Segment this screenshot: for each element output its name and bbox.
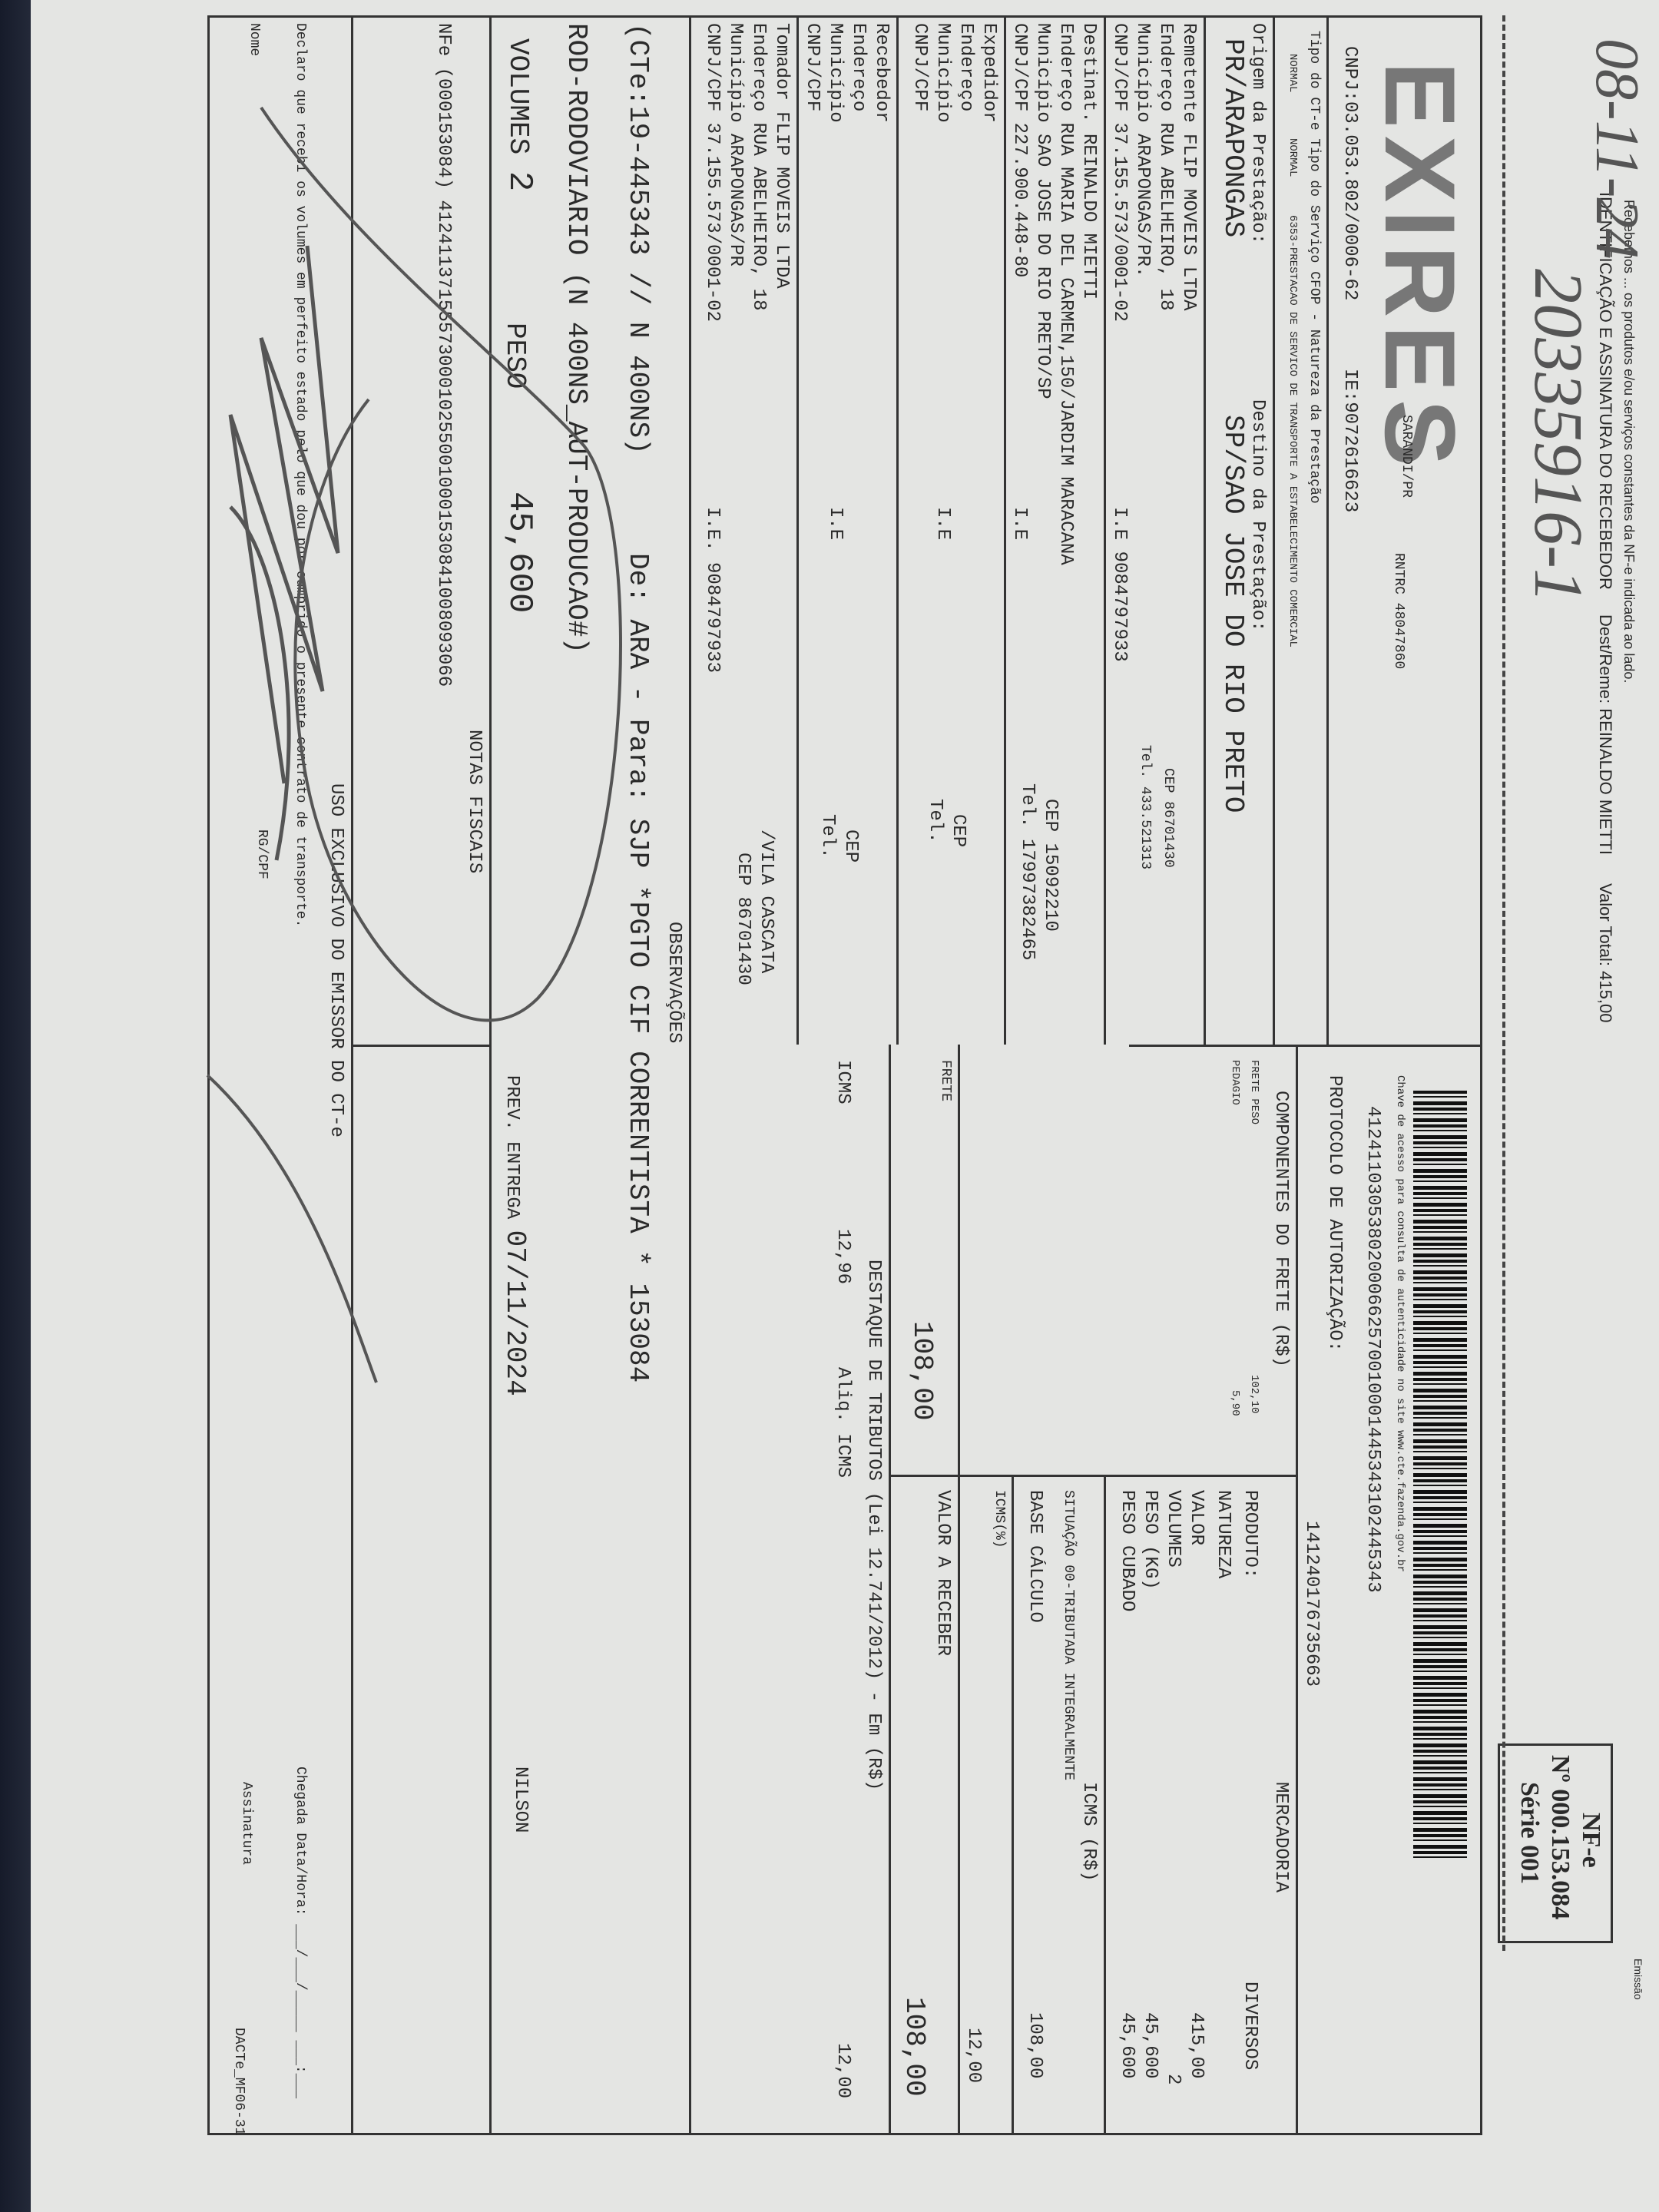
handwritten-signature (200, 15, 737, 1398)
receivable-label: VALOR A RECEBER (932, 1490, 952, 1656)
cte-type-value: NORMAL (1286, 54, 1298, 92)
tax-icms-value: 12,96 (833, 1229, 853, 1284)
access-key-value: 4124110305380200066257001000144534310244… (1363, 1106, 1382, 1593)
driver-name: NILSON (510, 1767, 530, 1833)
stub-declaration: Recebemos ... os produtos e/ou serviços … (1621, 200, 1636, 683)
arrival-input[interactable]: ___/___/_____ ___:___ (293, 1924, 308, 2098)
nfe-serie: Série 001 (1515, 1782, 1544, 1884)
remetente-name: FLIP MOVEIS LTDA (1178, 134, 1199, 310)
icms-situation: SITUAÇÃO 00-TRIBUTADA INTEGRALMENTE (1060, 1490, 1075, 1780)
protocol-label: PROTOCOLO DE AUTORIZAÇÃO: (1324, 1075, 1344, 1352)
tax-aliq-value: 12,00 (833, 2043, 853, 2098)
dacte-document: Recebemos ... os produtos e/ou serviços … (200, 15, 1659, 2166)
stub-emission-word: Emissão (1632, 1959, 1644, 2000)
freight-component-label: PEDAGIO (1229, 1060, 1240, 1105)
icms-rate-value: 12,00 (963, 2028, 983, 2083)
service-type-value: NORMAL (1286, 138, 1298, 177)
destinatario-ie-label: I.E (1009, 507, 1029, 540)
tomador-address: RUA ABELHEIRO, 18 (748, 123, 769, 311)
handwritten-id: 20335916-1 (1518, 269, 1598, 603)
cfop-value: 6353-PRESTACAO DE SERVICO DE TRANSPORTE … (1286, 215, 1298, 647)
remetente-address: RUA ABELHEIRO, 18 (1155, 123, 1176, 311)
destinatario-cpf: 227.900.448-80 (1009, 123, 1030, 278)
access-key-barcode (1413, 1091, 1467, 1859)
icms-base-label: BASE CÁLCULO (1025, 1490, 1045, 1623)
handwritten-date: 08-11-24 (1581, 38, 1651, 259)
tomador-bairro: /VILA CASCATA (756, 829, 776, 973)
tax-highlight-header: DESTAQUE DE TRIBUTOS (Lei 12.741/2012) -… (863, 1260, 883, 1790)
stub-dest-name: Dest/Reme: REINALDO MIETTI (1596, 614, 1614, 855)
destinatario-cep: 15092210 (1040, 843, 1061, 932)
freight-component-value: 5,90 (1229, 1390, 1240, 1416)
cte-type-header: Tipo do CT-e Tipo do Serviço CFOP - Natu… (1306, 31, 1321, 504)
remetente-city: ARAPONGAS/PR. (1132, 134, 1153, 277)
destinatario-address: RUA MARIA DEL CARMEN,150/JARDIM MARACANA (1055, 123, 1076, 565)
receivable-value: 108,00 (899, 1997, 929, 2097)
tax-icms-label: ICMS (833, 1060, 853, 1104)
frete-value: 108,00 (906, 1321, 937, 1421)
destinatario-tel: 17997382465 (1017, 839, 1038, 960)
icms-rate-label: ICMS(%) (991, 1490, 1006, 1548)
remetente-cnpj: 37.155.573/0001-02 (1109, 123, 1130, 322)
tax-aliq-label: Aliq. ICMS (833, 1367, 853, 1478)
protocol-value: 141240176735663 (1301, 1521, 1321, 1687)
freight-component-value: 102,10 (1248, 1375, 1260, 1413)
frete-label: FRETE (937, 1060, 952, 1101)
dest-value: SP/SAO JOSE DO RIO PRETO (1217, 415, 1248, 813)
origin-label: Origem da Prestação: (1247, 23, 1267, 244)
tomador-name: FLIP MOVEIS LTDA (771, 111, 792, 288)
remetente-tel: 433.521313 (1137, 786, 1153, 869)
freight-components-header: COMPONENTES DO FRETE (R$) (1270, 1091, 1290, 1367)
nfe-number: Nº 000.153.084 (1546, 1755, 1575, 1919)
destinatario-name: REINALDO MIETTI (1078, 134, 1099, 300)
issuer-city: SARANDI/PR (1398, 415, 1413, 498)
origin-value: PR/ARAPONGAS (1217, 38, 1248, 237)
cut-line (1502, 15, 1505, 1951)
icms-base-value: 108,00 (1025, 2012, 1045, 2078)
form-code: DACTe_MF06-31 (230, 2028, 246, 2135)
dest-label: Destino da Prestação: (1247, 399, 1267, 631)
stub-total-value: Valor Total: 415,00 (1596, 883, 1614, 1022)
nfe-title: NF-e (1577, 1813, 1605, 1868)
signature-label: Assinatura (238, 1782, 253, 1865)
arrival-label: Chegada Data/Hora: (293, 1767, 308, 1916)
freight-component-label: FRETE PESO (1248, 1060, 1260, 1124)
issuer-cnpj: CNPJ:03.053.802/0006-62 (1339, 46, 1359, 300)
issuer-logo: EXIRES (1365, 61, 1475, 474)
issuer-rntrc: RNTRC 48047860 (1390, 553, 1406, 669)
issuer-ie: IE:9072616623 (1339, 369, 1359, 512)
cargo-header: MERCADORIA (1270, 1782, 1290, 1892)
destinatario-city: SAO JOSE DO RIO PRETO/SP (1032, 134, 1053, 399)
access-key-label: Chave de acesso para consulta de autenti… (1394, 1075, 1406, 1572)
icms-header: ICMS (R$) (1078, 1782, 1098, 1882)
remetente-cep: 86701430 (1161, 801, 1176, 867)
remetente-ie: 9084797933 (1109, 551, 1130, 662)
